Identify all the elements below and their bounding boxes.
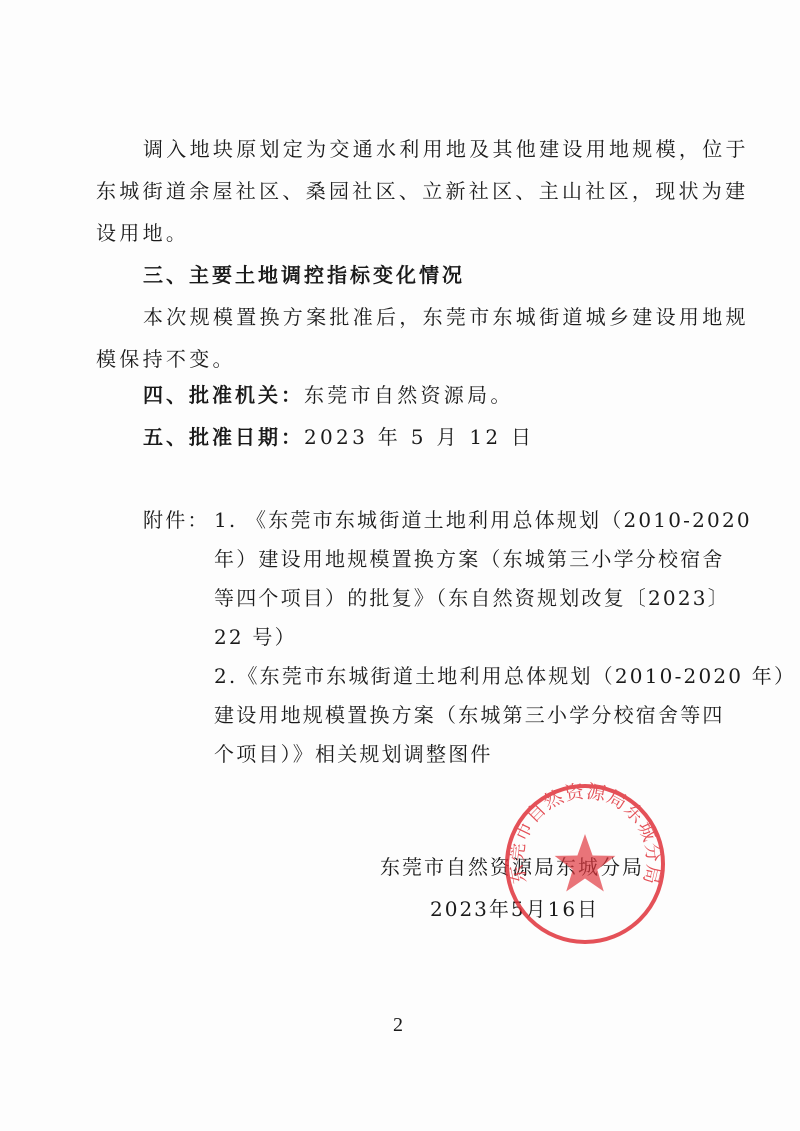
paragraph-line: 东城街道余屋社区、桑园社区、立新社区、主山社区，现状为建 — [96, 179, 748, 203]
attachment-2-line: 个项目）》相关规划调整图件 — [214, 742, 493, 766]
approval-authority-value: 东莞市自然资源局。 — [304, 383, 514, 407]
page-number: 2 — [393, 1014, 403, 1037]
attachment-1-line: 年）建设用地规模置换方案（东城第三小学分校宿舍 — [214, 547, 725, 571]
attachment-2-line: 建设用地规模置换方案（东城第三小学分校宿舍等四 — [214, 703, 725, 727]
attachments-label: 附件： — [143, 508, 210, 532]
signature-organization: 东莞市自然资源局东城分局 — [380, 855, 644, 879]
paragraph-line: 本次规模置换方案批准后，东莞市东城街道城乡建设用地规 — [143, 305, 749, 329]
document-page: 调入地块原划定为交通水利用地及其他建设用地规模，位于 东城街道余屋社区、桑园社区… — [0, 0, 800, 1131]
paragraph-line: 模保持不变。 — [96, 347, 236, 371]
section-heading: 三、主要土地调控指标变化情况 — [143, 263, 465, 287]
attachment-1-line: 1. 《东莞市东城街道土地利用总体规划（2010-2020 — [214, 508, 752, 532]
approval-authority-label: 四、批准机关： — [143, 383, 304, 407]
paragraph-line: 调入地块原划定为交通水利用地及其他建设用地规模，位于 — [143, 137, 749, 161]
approval-date-label: 五、批准日期： — [143, 425, 304, 449]
paragraph-line: 设用地。 — [96, 221, 189, 245]
approval-authority: 四、批准机关：东莞市自然资源局。 — [143, 383, 514, 407]
attachment-2-line: 2.《东莞市东城街道土地利用总体规划（2010-2020 年） — [214, 664, 796, 688]
approval-date: 五、批准日期：2023 年 5 月 12 日 — [143, 425, 534, 449]
approval-date-value: 2023 年 5 月 12 日 — [304, 425, 534, 449]
signature-date: 2023年5月16日 — [430, 897, 599, 921]
attachment-1-line: 等四个项目）的批复》（东自然资规划改复〔2023〕 — [214, 586, 730, 610]
attachment-1-line: 22 号） — [214, 625, 297, 649]
